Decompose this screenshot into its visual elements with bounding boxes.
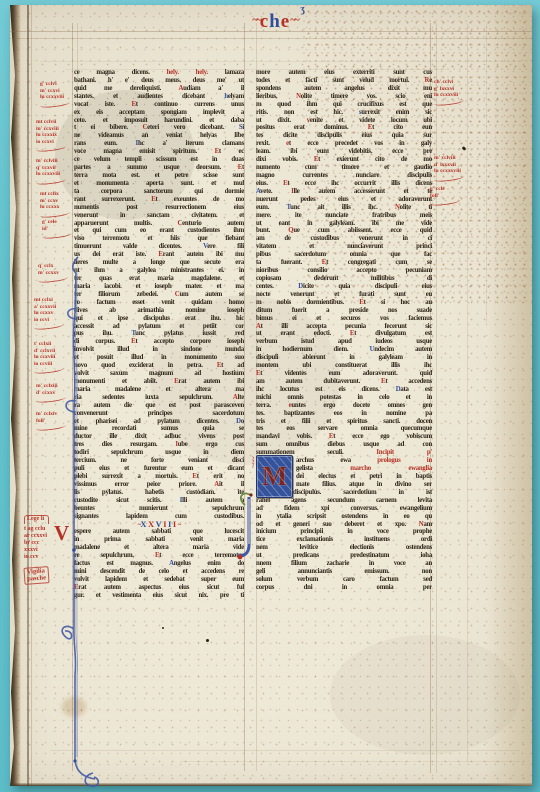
margin-note-line: m' cclviii (434, 155, 464, 162)
text-line: partes a summo usque deorsum. Et (74, 164, 244, 172)
ink-spot (462, 146, 467, 151)
margin-note: g' celeid' (42, 219, 72, 238)
running-title-letter: h (269, 11, 281, 32)
text-line: ne videamus an veniat helyas libe (74, 132, 244, 140)
text-line: ad fidem xpi conversus. ewangelium (256, 505, 432, 513)
running-title: ~~cheʒ~~ (210, 11, 340, 45)
margin-note-line: m' cclviii (36, 158, 66, 165)
margin-note: m' cclxivfoll' (36, 411, 66, 430)
margin-note-line: g' lxxxvi (434, 86, 464, 93)
text-line: lieribus. Nolite timere vos. scio eni (256, 93, 432, 101)
text-line: m quod ihm qui crucifixus est que (256, 101, 432, 109)
text-line: sum omnibus diebus usque ad con (256, 441, 432, 449)
text-line: od et generi suo deberet et xpo. Nam (256, 521, 432, 529)
text-line: Et videntes eum adoraverunt. quid (256, 370, 432, 378)
text-line: numento cum timore et gaudio (256, 164, 432, 172)
title-flourish: ~~ (290, 14, 297, 26)
ruling-line (40, 61, 520, 62)
text-line: m nobis dormientibus. Et si hoc au (256, 299, 432, 307)
text-line: et qui cum eo erant custodientes ihm (74, 227, 244, 235)
text-line: corpus dni in omnia per (256, 584, 432, 592)
text-line: nuerunt pedes eius et adoraverunt (256, 196, 432, 204)
text-line: terra mota est. et petre scisse sunt (74, 172, 244, 180)
text-line: eius. Et ecce ihc occurrit illis dicens (256, 180, 432, 188)
text-line: voce magna emisit spiritum. Et ec (74, 148, 244, 156)
margin-note: ch' cclvig' lxxxvilu ccxxviii (434, 79, 464, 105)
decorated-initial-i (236, 489, 258, 567)
margin-note-line: mt cclxi (34, 297, 64, 304)
text-line: mere. ite nunciate fratribus meis (256, 212, 432, 220)
margin-note: mt cclixm' ccxvlu ccxxx (40, 191, 70, 217)
margin-note-line: m' cclxiii (36, 383, 66, 390)
blue-penwork-filigree (50, 253, 110, 792)
text-line: bunt. Que cum abiissent. ecce quid (256, 227, 432, 235)
text-line: centes. Dicite quia discipuli eius (256, 283, 432, 291)
text-line: quid me dereliquisti. Audiam a' il (74, 85, 244, 93)
text-line: et monumenta aperta sunt. et mul (74, 180, 244, 188)
text-line: timuerunt valde dicentes. Vere fili (74, 243, 244, 251)
text-line: tes dicite discipulis eius quia sur (256, 132, 432, 140)
leaf-right-edge-toning (486, 5, 532, 786)
text-line: spondens autem angelus dixit mu (256, 85, 432, 93)
margin-note: g' cclvim' ccxvilu ccxxviii (40, 81, 70, 107)
margin-note-lege: Lege li t ag ccluar ccxxvibr cccxxxviio … (24, 515, 49, 584)
text-line: copiosam dederunt militibus di (256, 275, 432, 283)
text-line: ut dixit. venite et videte locum ubi (256, 117, 432, 125)
ruling-line (50, 750, 520, 751)
text-line: todes et facti sunt velud mortui. Re (256, 77, 432, 85)
margin-note: mt cclxia' ccxxviilu ccxxvio ccvi (34, 297, 64, 329)
text-line: tris et filii et spiritus sancti. docen (256, 418, 432, 426)
ruling-line (180, 761, 520, 762)
red-penwork-flourish: ~~~ (248, 457, 257, 467)
text-line: mandavi vobis. Et ecce ego vobiscum (256, 433, 432, 441)
ruling-line (244, 23, 245, 771)
text-line: am de custodibus venerunt in ci (256, 235, 432, 243)
margin-note-line: t ag cclu (24, 526, 49, 533)
margin-note-line: lu ccxxix (36, 132, 66, 139)
text-line: positus erat dominus. Et cito eun (256, 124, 432, 132)
text-line: apparuerunt multis. Centurio autem (74, 220, 244, 228)
note-vigilia-pasche: Vigilia pasche (24, 567, 49, 584)
text-line: ut eant in galyleam. ibi me vide (256, 220, 432, 228)
text-line: At illi accepta pecunia fecerunt sic (256, 323, 432, 331)
text-line: stantes. et audientes dicebant helyam (74, 93, 244, 101)
text-line: montem ubi constituerat illis ihc (256, 362, 432, 370)
text-line: t ei bibere. Ceteri vero dicebant. Si (74, 124, 244, 132)
text-line: ex eis acceptam spongiam implevit a (74, 109, 244, 117)
text-line: pibus sacerdotum omnia que fac (256, 251, 432, 259)
margin-note-line: mt cclix (40, 191, 70, 198)
text-line: inicium principii in voce prophe (256, 528, 432, 536)
text-line: viso terremotu et hiis que fiebant (74, 235, 244, 243)
text-line: ce magna dicens. hely. hely. lamaza (74, 69, 244, 77)
margin-note-line: d' cclxvii (34, 348, 64, 355)
text-line: ce velum templi scissum est in duas (74, 156, 244, 164)
text-line: verbum istud apud iudeos usque (256, 338, 432, 346)
margin-note-lines: t ag ccluar ccxxvibr cccxxxviio ccv (24, 526, 49, 561)
text-line: geli annunciantis emissum. non (256, 568, 432, 576)
text-line: terra. euntes ergo docete omnes gen (256, 402, 432, 410)
margin-note-line: m' ccxviii (36, 126, 66, 133)
ruling-line (486, 23, 487, 323)
running-title-letter: e (281, 11, 290, 32)
margin-note-line: ch' cclvi (434, 79, 464, 86)
margin-note-line: g' cele (42, 219, 72, 226)
margin-note-line: m' ccxvi (40, 88, 70, 95)
leaf-fold-crease (31, 5, 32, 786)
leaf-torn-gutter-edge (10, 5, 21, 786)
text-line: solum verbum caro factum sed (256, 576, 432, 584)
margin-note-line: ar ccxxvi (24, 533, 49, 540)
ink-spot (162, 627, 164, 629)
text-line: michi omnis potestas in celo et in (256, 394, 432, 402)
text-line: discipuli abierunt in galyleam in (256, 354, 432, 362)
margin-note: m' cclxiiid' ccxxv (36, 383, 66, 402)
text-line: tes. baptizantes eos in nomine pa (256, 410, 432, 418)
margin-note-line: m' cclxiv (36, 411, 66, 418)
text-line: ceto. et imposuit harundini. et daba (74, 117, 244, 125)
margin-note-line: g' ccle (430, 186, 460, 193)
margin-note: g' cclefoll' (430, 186, 460, 205)
text-line: am autem dubitaverunt. Et accedens (256, 378, 432, 386)
text-line: eum. Tunc ait illis ihc. Nolite ti (256, 204, 432, 212)
margin-note-line: lu ccxviii (34, 354, 64, 361)
text-line: rexit. et ecce precedet vos in galy (256, 140, 432, 148)
running-title-letters: che (260, 11, 290, 32)
margin-note: mt cclviim' ccxviiilu ccxxixio ccxvi (36, 119, 66, 151)
leaf-fold-crease (27, 5, 29, 786)
text-line: nnem filium zacharie in voce an (256, 560, 432, 568)
text-line: more autem eius exterriti sunt cus (256, 69, 432, 77)
text-line: tice exclamationis instituens ordi (256, 536, 432, 544)
margin-note-line: mt cclvii (36, 119, 66, 126)
margin-note: m' cclviiiq' ccxviilu ccxxviii (36, 158, 66, 184)
photograph-of-manuscript-leaf: ~~cheʒ~~ ce magna dicens. hely. hely. la… (0, 0, 540, 792)
text-line: leam. ibi eum videbitis. ecce pre (256, 148, 432, 156)
text-line: ditum fuerit a preside nos suade (256, 307, 432, 315)
text-line: Avete. Ille autem accesserunt et te (256, 188, 432, 196)
margin-note: q' cclxm' ccxxv (38, 263, 68, 282)
text-line: ut predicans predestinatum ioha (256, 552, 432, 560)
margin-note-line: t' cclxii (34, 341, 64, 348)
text-line: bathani. h' e' deus meus. deus me' ut (74, 77, 244, 85)
margin-note-line: io ccv (24, 554, 49, 561)
margin-note-line: g' cclvi (40, 81, 70, 88)
margin-note-line: q' ccxvii (36, 165, 66, 172)
title-flourish: ~~ (252, 14, 259, 26)
text-line: ritis. non est hic. surrexit enim sic (256, 109, 432, 117)
margin-note-line: br ccc (24, 540, 49, 547)
text-line: magno currentes nunciare discipulis (256, 172, 432, 180)
margin-note-line: m' ccxv (40, 198, 70, 205)
ink-spot (206, 639, 209, 642)
red-bracket-flourish (36, 144, 66, 153)
text-line: nem levitice electionis ostendens (256, 544, 432, 552)
text-line: nocte venerunt et furati sunt eu (256, 291, 432, 299)
ruling-line (436, 23, 437, 773)
text-line: rans eum. Ihc a' iterum clamans (74, 140, 244, 148)
text-line: venerunt in sanctam civitatem. et (74, 212, 244, 220)
text-column-right: more autem eius exterriti sunt custodes … (256, 69, 432, 592)
ruling-line (467, 23, 468, 763)
text-line: ihc locutus est eis dicens. Data est (256, 386, 432, 394)
margin-note: t' cclxiid' cclxviilu ccxviiiio ccviii (34, 341, 64, 373)
manuscript-leaf: ~~cheʒ~~ ce magna dicens. hely. hely. la… (10, 5, 532, 786)
text-line: vitatem et nunciaverunt princi (256, 243, 432, 251)
margin-note: m' cclviiid' lxxxviilu ccxxxviii (434, 155, 464, 181)
text-line: ta corpora sanctorum qui dormie (74, 188, 244, 196)
margin-note-heading: Lege li (24, 515, 49, 524)
margin-note-line: lu ccxxv (34, 310, 64, 317)
text-line: nioribus consilio accepto pecuniam (256, 267, 432, 275)
text-line: dixi vobis. Et exierunt cito de mo (256, 156, 432, 164)
margin-note-line: xxxvi (24, 547, 49, 554)
text-line: tes eos servare omnia quecumque (256, 425, 432, 433)
running-title-letter: c (260, 11, 269, 32)
text-line: in ytalia scripsit ostendens in eo qu (256, 513, 432, 521)
text-line: numentis post resurrectionem eius (74, 204, 244, 212)
text-line: bimus ei et securos vos faciemus (256, 315, 432, 323)
text-line: ut erant edocti. Et divulgatum est (256, 330, 432, 338)
text-line: in hodiernum diem. Undecim autem (256, 346, 432, 354)
abbreviation-mark: ʒ (300, 4, 306, 15)
margin-note-line: d' lxxxvii (434, 162, 464, 169)
margin-note-line: q' cclx (38, 263, 68, 270)
margin-note-line: a' ccxxvii (34, 304, 64, 311)
text-line: ta fuerant. Et congregati cum se (256, 259, 432, 267)
text-line: vocat iste. Et continuo currens unus (74, 101, 244, 109)
decorated-initial-m: M (256, 455, 293, 498)
text-line: rant surrexerunt. Et exeuntes de mo (74, 196, 244, 204)
